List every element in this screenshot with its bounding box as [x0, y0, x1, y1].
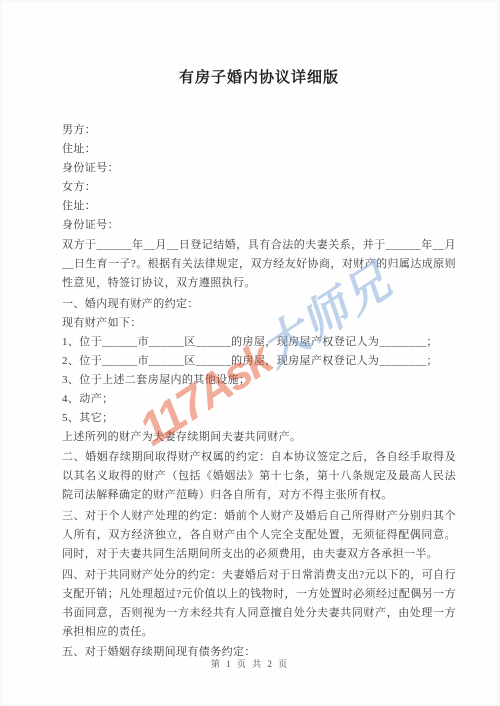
joint-property-note: 上述所列的财产为夫妻存续期间夫妻共同财产。 [62, 428, 456, 447]
document-title: 有房子婚内协议详细版 [62, 66, 456, 87]
field-wife-address: 住址： [62, 197, 456, 216]
field-husband-id: 身份证号： [62, 159, 456, 178]
section-4-paragraph: 四、对于共同财产处分的约定：夫妻婚后对于日常消费支出?元以下的，可自行支配开销；… [62, 566, 456, 642]
section-3-paragraph: 三、对于个人财产处理的约定：婚前个人财产及婚后自己所得财产分别归其个人所有，双方… [62, 507, 456, 564]
field-husband: 男方： [62, 121, 456, 140]
list-item-house-1: 1、位于______市______区______的房屋，现房屋产权登记人为___… [62, 333, 456, 352]
list-item-movables: 4、动产； [62, 390, 456, 409]
section-2-paragraph: 二、婚姻存续期间取得财产权属的约定：自本协议签定之后，各自经手取得及以其名义取得… [62, 448, 456, 505]
section-1-subheading: 现有财产如下： [62, 314, 456, 333]
list-item-others: 5、其它； [62, 409, 456, 428]
section-1-heading: 一、婚内现有财产的约定： [62, 295, 456, 314]
list-item-facilities: 3、位于上述二套房屋内的其他设施； [62, 371, 456, 390]
field-wife: 女方： [62, 178, 456, 197]
intro-paragraph: 双方于______年__月__日登记结婚，具有合法的夫妻关系，并于______年… [62, 236, 456, 293]
field-husband-address: 住址： [62, 140, 456, 159]
page-number: 第 1 页 共 2 页 [0, 657, 500, 670]
field-wife-id: 身份证号： [62, 216, 456, 235]
document-body: 男方： 住址： 身份证号： 女方： 住址： 身份证号： 双方于______年__… [62, 121, 456, 662]
document-page: 有房子婚内协议详细版 男方： 住址： 身份证号： 女方： 住址： 身份证号： 双… [0, 0, 500, 706]
list-item-house-2: 2、位于______市______区______的房屋，现房屋产权登记人为___… [62, 352, 456, 371]
